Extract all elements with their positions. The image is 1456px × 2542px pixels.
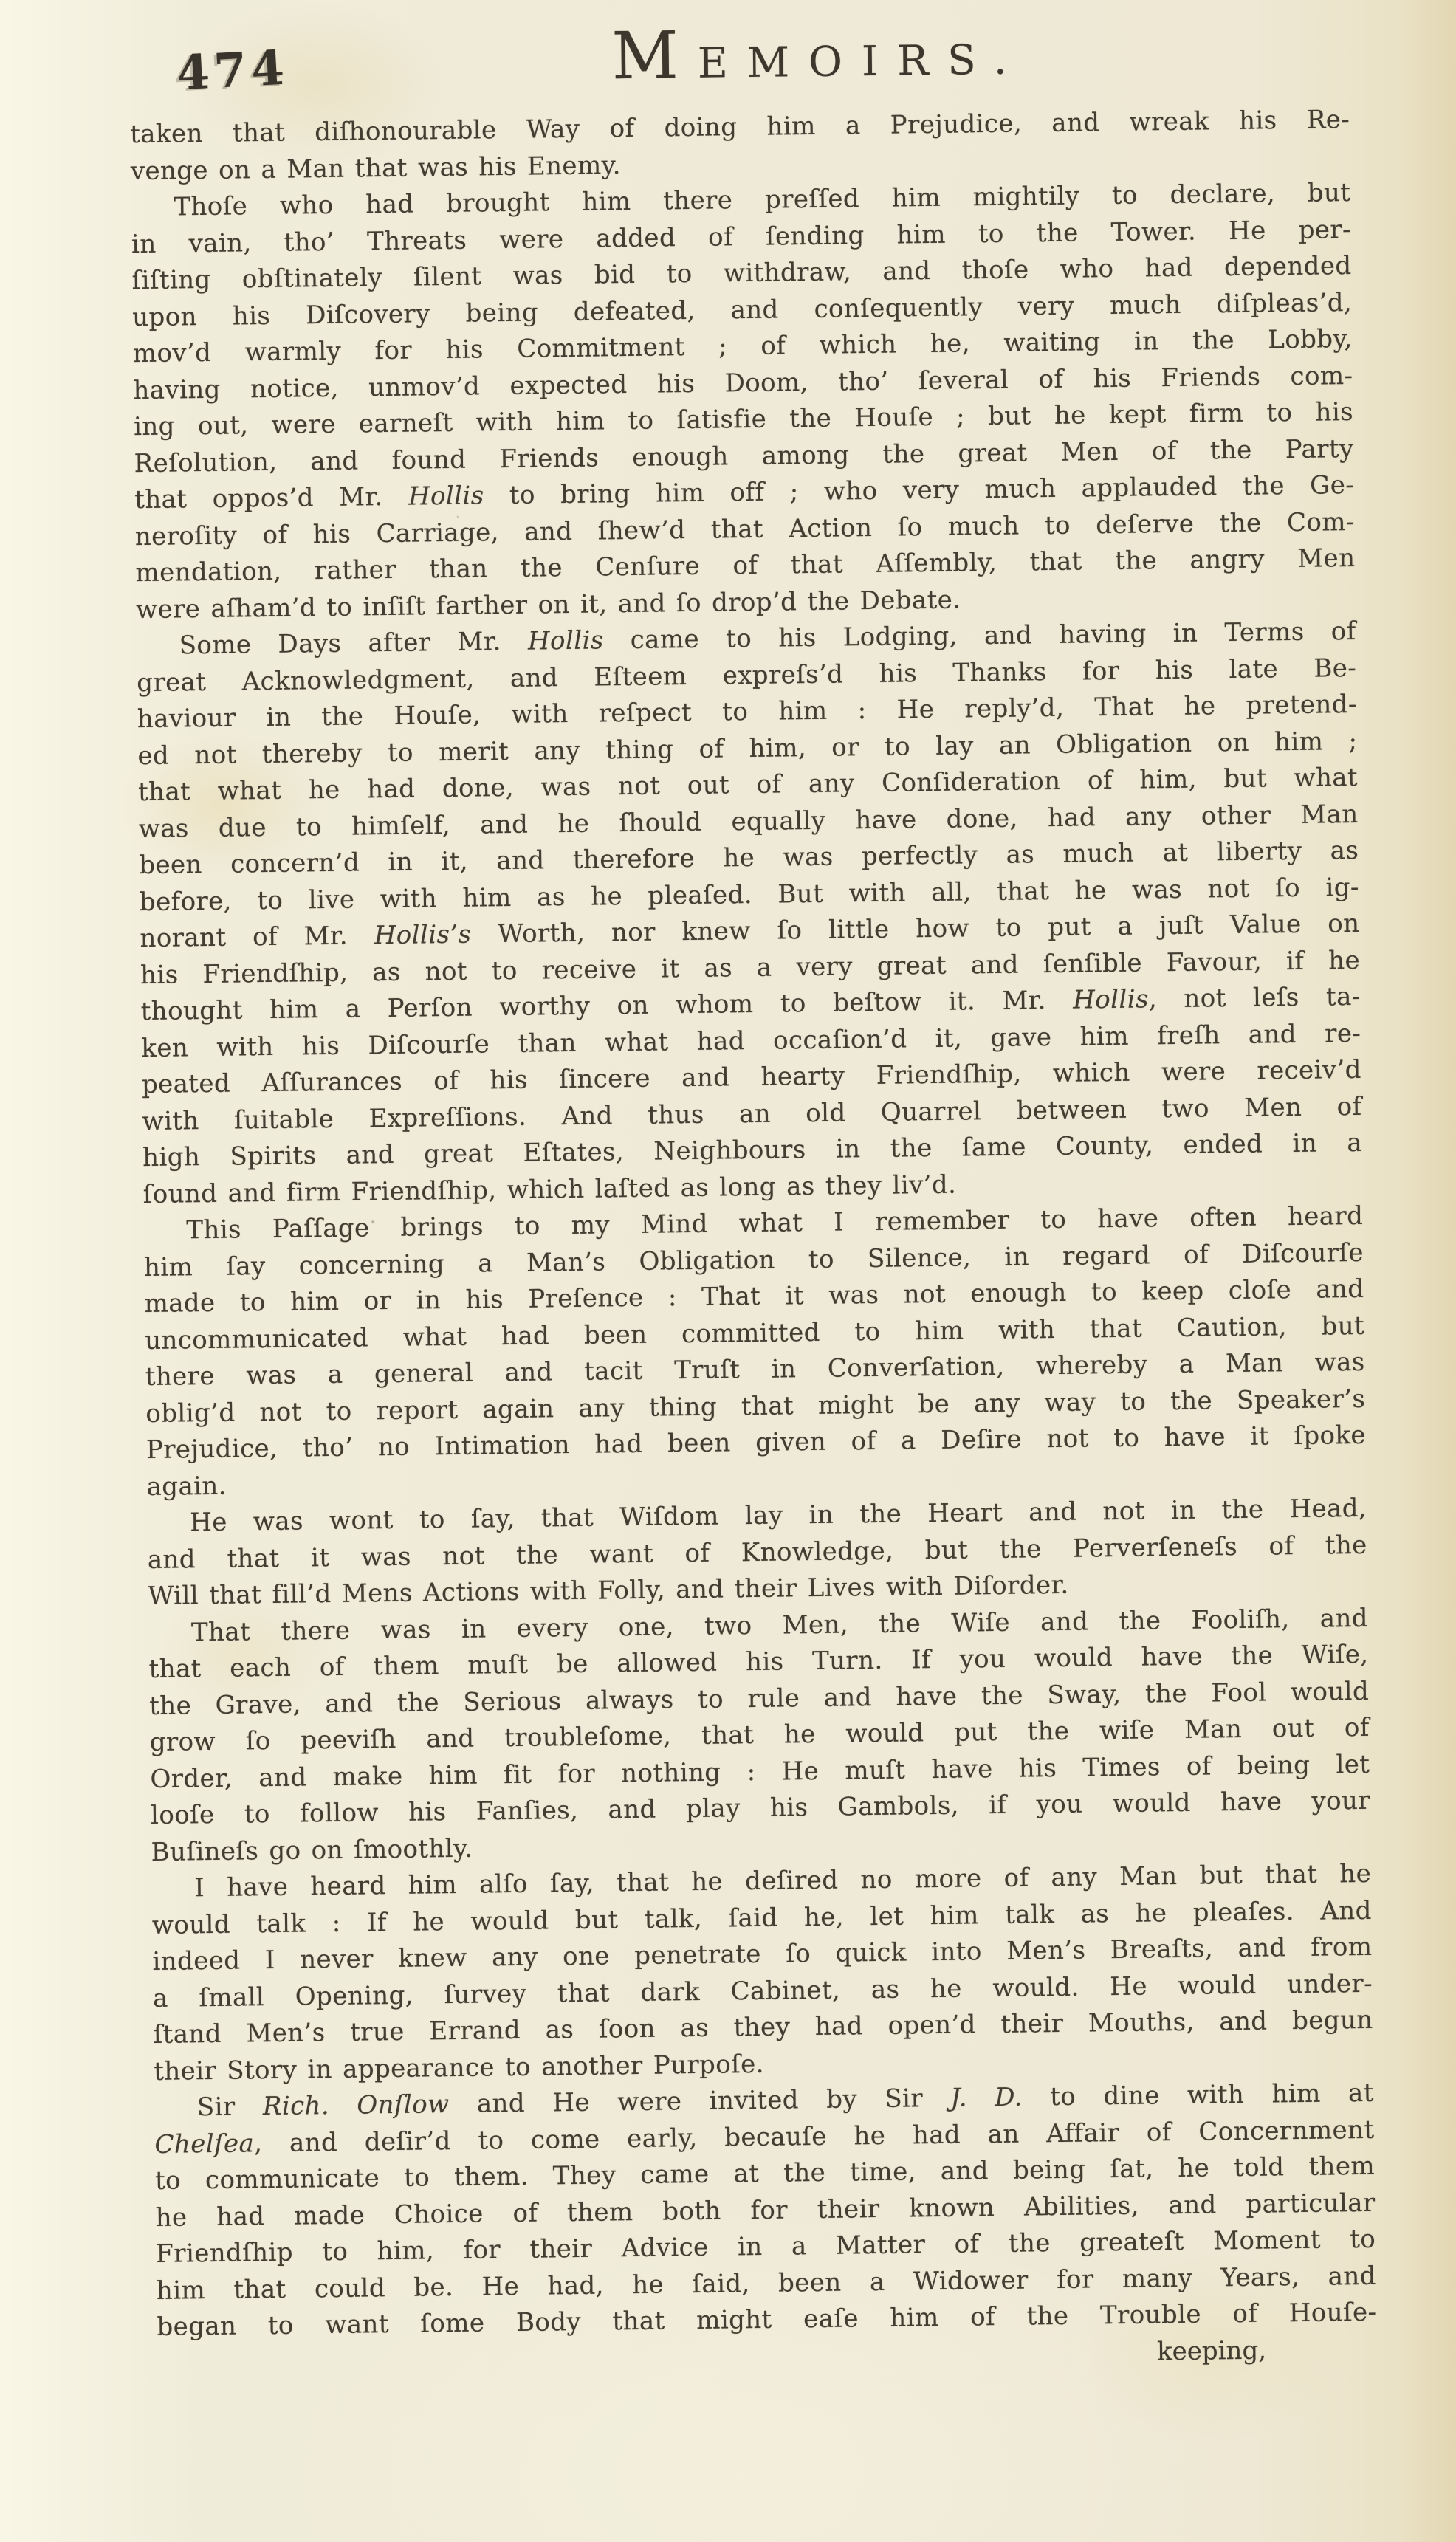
text-segment: Some Days after Mr. (179, 627, 528, 661)
paragraph: Some Days after Mr. Hollis came to his L… (136, 614, 1363, 1213)
italic-text-segment: Hollis’s (374, 920, 471, 951)
text-segment: venge on a Man that was his Enemy. (131, 151, 622, 186)
italic-text-segment: Chelſea (154, 2129, 254, 2160)
text-segment: were aſham’d to inſiſt farther on it, an… (136, 585, 961, 625)
text-segment: Worth, nor knew ſo little how to put a j… (471, 909, 1360, 949)
text-segment: that oppos’d Mr. (134, 482, 408, 515)
italic-text-segment: Rich. Onſlow (263, 2089, 450, 2121)
text-segment: to bring him off ; who very much applaud… (484, 470, 1354, 510)
running-title: MEMOIRS. (611, 18, 1026, 89)
paragraph: Thoſe who had brought him there preſſed … (131, 175, 1356, 628)
italic-text-segment: J. D. (950, 2083, 1023, 2113)
text-segment: norant of Mr. (140, 921, 374, 953)
catchword: keeping, (1157, 2335, 1266, 2366)
text-segment: their Story in appearance to another Pur… (154, 2049, 764, 2086)
running-head: 474 MEMOIRS. (128, 15, 1349, 100)
paragraph: Sir Rich. Onſlow and He were invited by … (154, 2075, 1377, 2346)
text-block: taken that diſhonourable Way of doing hi… (130, 102, 1377, 2346)
italic-text-segment: Hollis (408, 481, 484, 511)
text-segment: again. (146, 1471, 227, 1501)
book-page: 474 MEMOIRS. taken that diſhonourable Wa… (0, 0, 1456, 2542)
text-segment: Sir (197, 2092, 263, 2122)
running-title-initial: M (611, 17, 698, 94)
text-segment: thought him a Perſon worthy on whom to b… (140, 986, 1073, 1026)
text-segment: Buſineſs go on ſmoothly. (151, 1833, 473, 1866)
text-segment: and He were invited by Sir (449, 2084, 950, 2119)
page-content: 474 MEMOIRS. taken that diſhonourable Wa… (128, 15, 1377, 2383)
running-title-rest: EMOIRS. (697, 35, 1026, 87)
paragraph: I have heard him alſo ſay, that he deſir… (151, 1856, 1374, 2090)
paragraph: He was wont to ſay, that Wiſdom lay in t… (147, 1491, 1368, 1615)
italic-text-segment: Hollis (528, 625, 604, 656)
text-segment: Will that fill’d Mens Actions with Folly… (148, 1570, 1069, 1611)
paragraph: That there was in every one, two Men, th… (148, 1600, 1371, 1871)
text-segment: , not leſs ta- (1149, 982, 1361, 1014)
text-segment: to dine with him at (1023, 2078, 1374, 2112)
text-segment: ſound and firm Friendſhip, which laſted … (143, 1169, 957, 1209)
paragraph: This Paſſage brings to my Mind what I re… (143, 1198, 1367, 1505)
text-segment: came to his Lodging, and having in Terms… (603, 616, 1356, 655)
scanned-page-screenshot: { "page": { "number": "474", "header": {… (0, 0, 1456, 2542)
page-number: 474 (175, 40, 289, 101)
italic-text-segment: Hollis (1073, 984, 1149, 1014)
